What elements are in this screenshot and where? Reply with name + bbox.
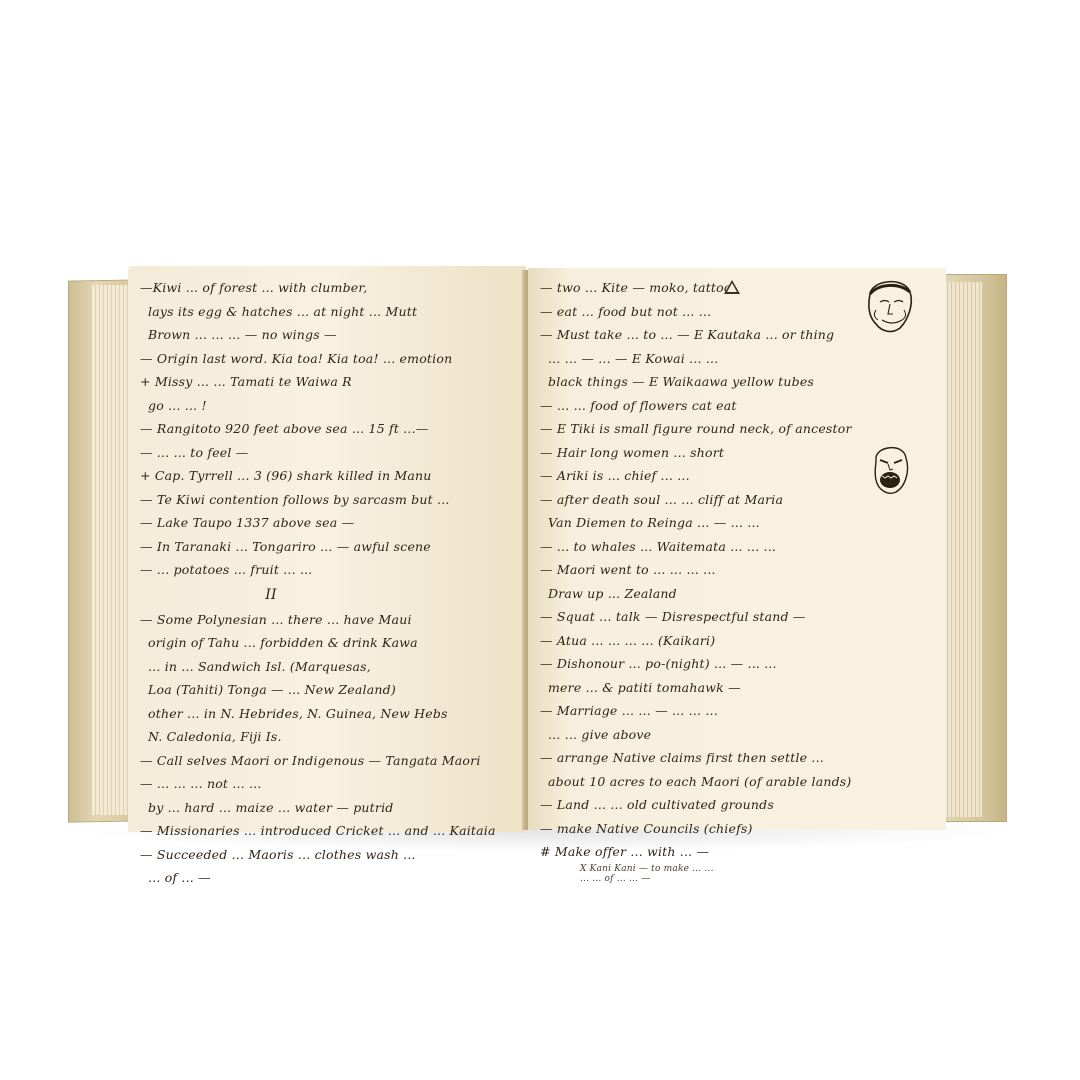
- handwritten-line: — Maori went to ... ... ... ...: [540, 558, 932, 582]
- handwritten-line: — Origin last word. Kia toa! Kia toa! ..…: [140, 347, 512, 371]
- handwritten-line: Brown ... ... ... — no wings —: [140, 323, 512, 347]
- handwritten-line: — Te Kiwi contention follows by sarcasm …: [140, 488, 512, 512]
- handwritten-line: — Succeeded ... Maoris ... clothes wash …: [140, 843, 512, 867]
- handwritten-line: — Land ... ... old cultivated grounds: [540, 793, 932, 817]
- handwritten-line: ... in ... Sandwich Isl. (Marquesas,: [140, 655, 512, 679]
- handwritten-line: Loa (Tahiti) Tonga — ... New Zealand): [140, 678, 512, 702]
- right-page: — two ... Kite — moko, tattoo — eat ... …: [528, 268, 946, 830]
- handwritten-line: go ... ... !: [140, 394, 512, 418]
- handwritten-line: other ... in N. Hebrides, N. Guinea, New…: [140, 702, 512, 726]
- handwritten-line: origin of Tahu ... forbidden & drink Kaw…: [140, 631, 512, 655]
- handwritten-line: ... ... give above: [540, 723, 932, 747]
- footnote-line: ... ... of ... ... —: [540, 874, 932, 884]
- handwritten-line: — Some Polynesian ... there ... have Mau…: [140, 608, 512, 632]
- handwritten-line: + Cap. Tyrrell ... 3 (96) shark killed i…: [140, 464, 512, 488]
- handwritten-line: — Marriage ... ... — ... ... ...: [540, 699, 932, 723]
- handwritten-line: — ... to whales ... Waitemata ... ... ..…: [540, 535, 932, 559]
- handwritten-line: — make Native Councils (chiefs): [540, 817, 932, 841]
- handwritten-line: — Missionaries ... introduced Cricket ..…: [140, 819, 512, 843]
- handwritten-line: — Rangitoto 920 feet above sea ... 15 ft…: [140, 417, 512, 441]
- handwritten-line: # Make offer ... with ... —: [540, 840, 932, 864]
- handwritten-line: —Kiwi ... of forest ... with clumber,: [140, 276, 512, 300]
- handwritten-line: — ... potatoes ... fruit ... ...: [140, 558, 512, 582]
- handwritten-line: — arrange Native claims first then settl…: [540, 746, 932, 770]
- handwritten-line: + Missy ... ... Tamati te Waiwa R: [140, 370, 512, 394]
- handwritten-line: — E Tiki is small figure round neck, of …: [540, 417, 932, 441]
- handwritten-line: — Call selves Maori or Indigenous — Tang…: [140, 749, 512, 773]
- notebook-photo: —Kiwi ... of forest ... with clumber, la…: [0, 0, 1080, 1080]
- handwritten-line: ... ... — ... — E Kowai ... ...: [540, 347, 932, 371]
- handwritten-line: N. Caledonia, Fiji Is.: [140, 725, 512, 749]
- handwritten-line: — Lake Taupo 1337 above sea —: [140, 511, 512, 535]
- footnote-line: X Kani Kani — to make ... ...: [540, 864, 932, 874]
- left-page: —Kiwi ... of forest ... with clumber, la…: [128, 266, 526, 832]
- handwritten-line: mere ... & patiti tomahawk —: [540, 676, 932, 700]
- triangle-sketch-icon: [724, 280, 740, 294]
- face-sketch-top-icon: [864, 276, 916, 336]
- handwritten-line: lays its egg & hatches ... at night ... …: [140, 300, 512, 324]
- handwritten-line: Van Diemen to Reinga ... — ... ...: [540, 511, 932, 535]
- section-mark: II: [140, 582, 512, 608]
- handwritten-line: about 10 acres to each Maori (of arable …: [540, 770, 932, 794]
- handwritten-line: — ... ... ... not ... ...: [140, 772, 512, 796]
- handwritten-line: ... of ... —: [140, 866, 512, 890]
- handwritten-line: by ... hard ... maize ... water — putrid: [140, 796, 512, 820]
- handwritten-line: — ... ... food of flowers cat eat: [540, 394, 932, 418]
- handwritten-line: — Squat ... talk — Disrespectful stand —: [540, 605, 932, 629]
- handwritten-line: — ... ... to feel —: [140, 441, 512, 465]
- handwritten-line: — Dishonour ... po-(night) ... — ... ...: [540, 652, 932, 676]
- handwritten-line: — In Taranaki ... Tongariro ... — awful …: [140, 535, 512, 559]
- page-edges-right: [940, 282, 982, 817]
- face-sketch-open-mouth-icon: [868, 440, 912, 498]
- left-page-text: —Kiwi ... of forest ... with clumber, la…: [140, 276, 512, 890]
- handwritten-line: Draw up ... Zealand: [540, 582, 932, 606]
- handwritten-line: — Atua ... ... ... ... (Kaikari): [540, 629, 932, 653]
- handwritten-line: black things — E Waikaawa yellow tubes: [540, 370, 932, 394]
- right-page-text: — two ... Kite — moko, tattoo — eat ... …: [540, 276, 932, 884]
